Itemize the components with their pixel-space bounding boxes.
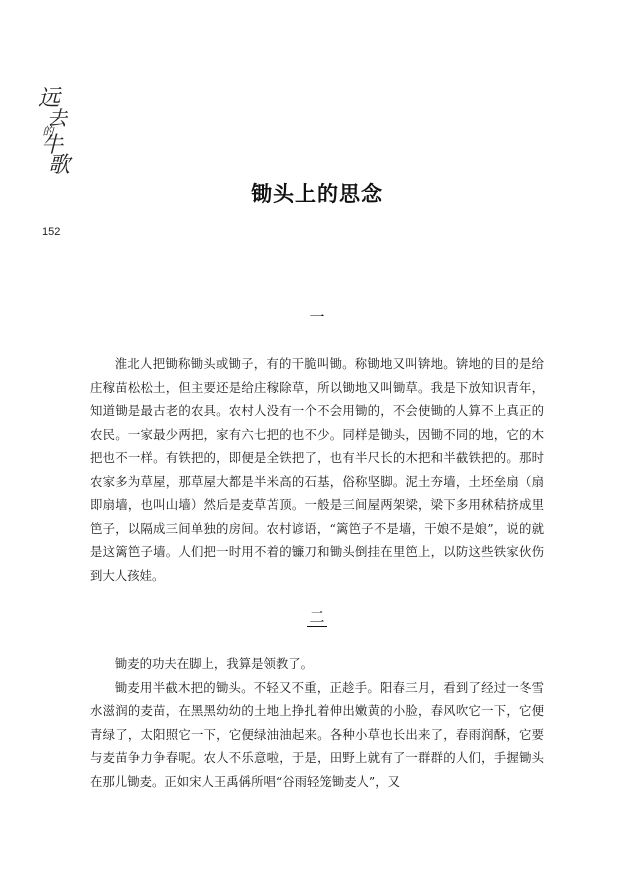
page-number: 152: [42, 226, 60, 238]
section-marker-2: 二: [0, 606, 634, 627]
section-marker-1: 一: [0, 306, 634, 327]
section-marker-label: 二: [307, 608, 326, 627]
section-marker-label: 一: [309, 308, 324, 326]
paragraph: 锄麦的功夫在脚上，我算是领教了。: [90, 652, 544, 676]
book-title-char: 歌: [48, 155, 70, 177]
paragraph: 锄麦用半截木把的锄头。不轻又不重，正趁手。阳春三月，看到了经过一冬雪水滋润的麦苗…: [90, 676, 544, 794]
chapter-title: 锄头上的思念: [0, 178, 634, 208]
paragraph: 淮北人把锄称锄头或锄子，有的干脆叫锄。称锄地又叫锛地。锛地的目的是给庄稼苗松松土…: [90, 352, 544, 587]
section-2-body: 锄麦的功夫在脚上，我算是领教了。 锄麦用半截木把的锄头。不轻又不重，正趁手。阳春…: [90, 652, 544, 793]
book-title-vertical: 远 去 的 牛 歌: [32, 88, 76, 177]
section-1-body: 淮北人把锄称锄头或锄子，有的干脆叫锄。称锄地又叫锛地。锛地的目的是给庄稼苗松松土…: [90, 352, 544, 587]
